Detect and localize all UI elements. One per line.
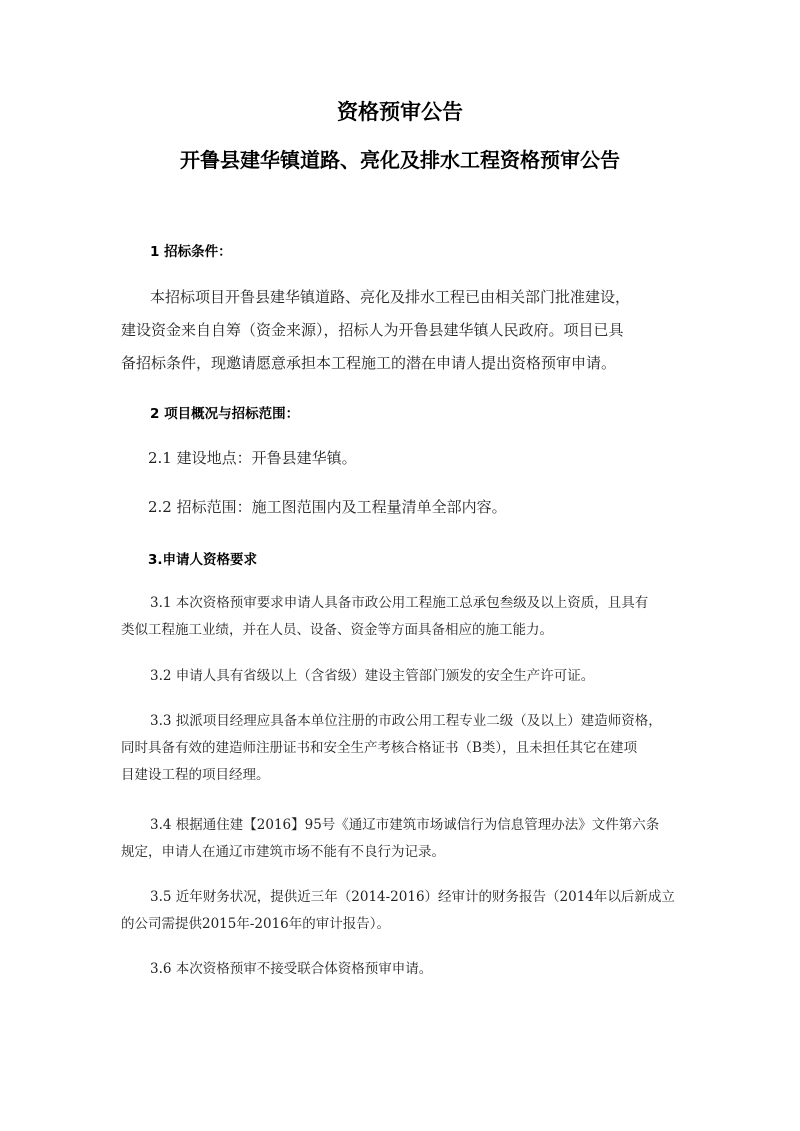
paragraph-line: 备招标条件，现邀请愿意承担本工程施工的潜在申请人提出资格预审申请。 [121,350,681,377]
item-3-1: 3.1 本次资格预审要求申请人具备市政公用工程施工总承包叁级及以上资质，且具有 … [121,590,701,644]
section-2-heading: 2 项目概况与招标范围： [150,402,299,422]
item-3-5: 3.5 近年财务状况，提供近三年（2014-2016）经审计的财务报告（2014… [121,884,701,938]
paragraph-line: 3.3 拟派项目经理应具备本单位注册的市政公用工程专业二级（及以上）建造师资格， [121,708,701,735]
paragraph-line: 3.5 近年财务状况，提供近三年（2014-2016）经审计的财务报告（2014… [121,884,701,911]
paragraph-line: 规定，申请人在通辽市建筑市场不能有不良行为记录。 [121,839,701,866]
paragraph-line: 本招标项目开鲁县建华镇道路、亮化及排水工程已由相关部门批准建设， [121,284,681,311]
item-3-2: 3.2 申请人具有省级以上（含省级）建设主管部门颁发的安全生产许可证。 [121,663,701,690]
paragraph-line: 的公司需提供2015年-2016年的审计报告）。 [121,911,701,938]
item-3-6: 3.6 本次资格预审不接受联合体资格预审申请。 [121,956,701,983]
section-1-body: 本招标项目开鲁县建华镇道路、亮化及排水工程已由相关部门批准建设， 建设资金来自自… [121,284,681,377]
section-3-heading: 3.申请人资格要求 [148,548,257,568]
document-title: 资格预审公告 [0,96,800,126]
paragraph-line: 同时具备有效的建造师注册证书和安全生产考核合格证书（B类），且未担任其它在建项 [121,735,701,762]
paragraph-line: 目建设工程的项目经理。 [121,762,701,789]
section-1-heading: 1 招标条件： [150,240,232,260]
paragraph-line: 建设资金来自自筹（资金来源），招标人为开鲁县建华镇人民政府。项目已具 [121,317,681,344]
paragraph-line: 3.6 本次资格预审不接受联合体资格预审申请。 [121,956,701,983]
paragraph-line: 类似工程施工业绩，并在人员、设备、资金等方面具备相应的施工能力。 [121,617,701,644]
document-subtitle: 开鲁县建华镇道路、亮化及排水工程资格预审公告 [0,144,800,173]
item-3-3: 3.3 拟派项目经理应具备本单位注册的市政公用工程专业二级（及以上）建造师资格，… [121,708,701,789]
item-2-2: 2.2 招标范围：施工图范围内及工程量清单全部内容。 [148,494,728,521]
item-2-1: 2.1 建设地点：开鲁县建华镇。 [148,445,728,472]
paragraph-line: 3.4 根据通住建【2016】95号《通辽市建筑市场诚信行为信息管理办法》文件第… [121,812,701,839]
item-3-4: 3.4 根据通住建【2016】95号《通辽市建筑市场诚信行为信息管理办法》文件第… [121,812,701,866]
paragraph-line: 3.1 本次资格预审要求申请人具备市政公用工程施工总承包叁级及以上资质，且具有 [121,590,701,617]
paragraph-line: 3.2 申请人具有省级以上（含省级）建设主管部门颁发的安全生产许可证。 [121,663,701,690]
